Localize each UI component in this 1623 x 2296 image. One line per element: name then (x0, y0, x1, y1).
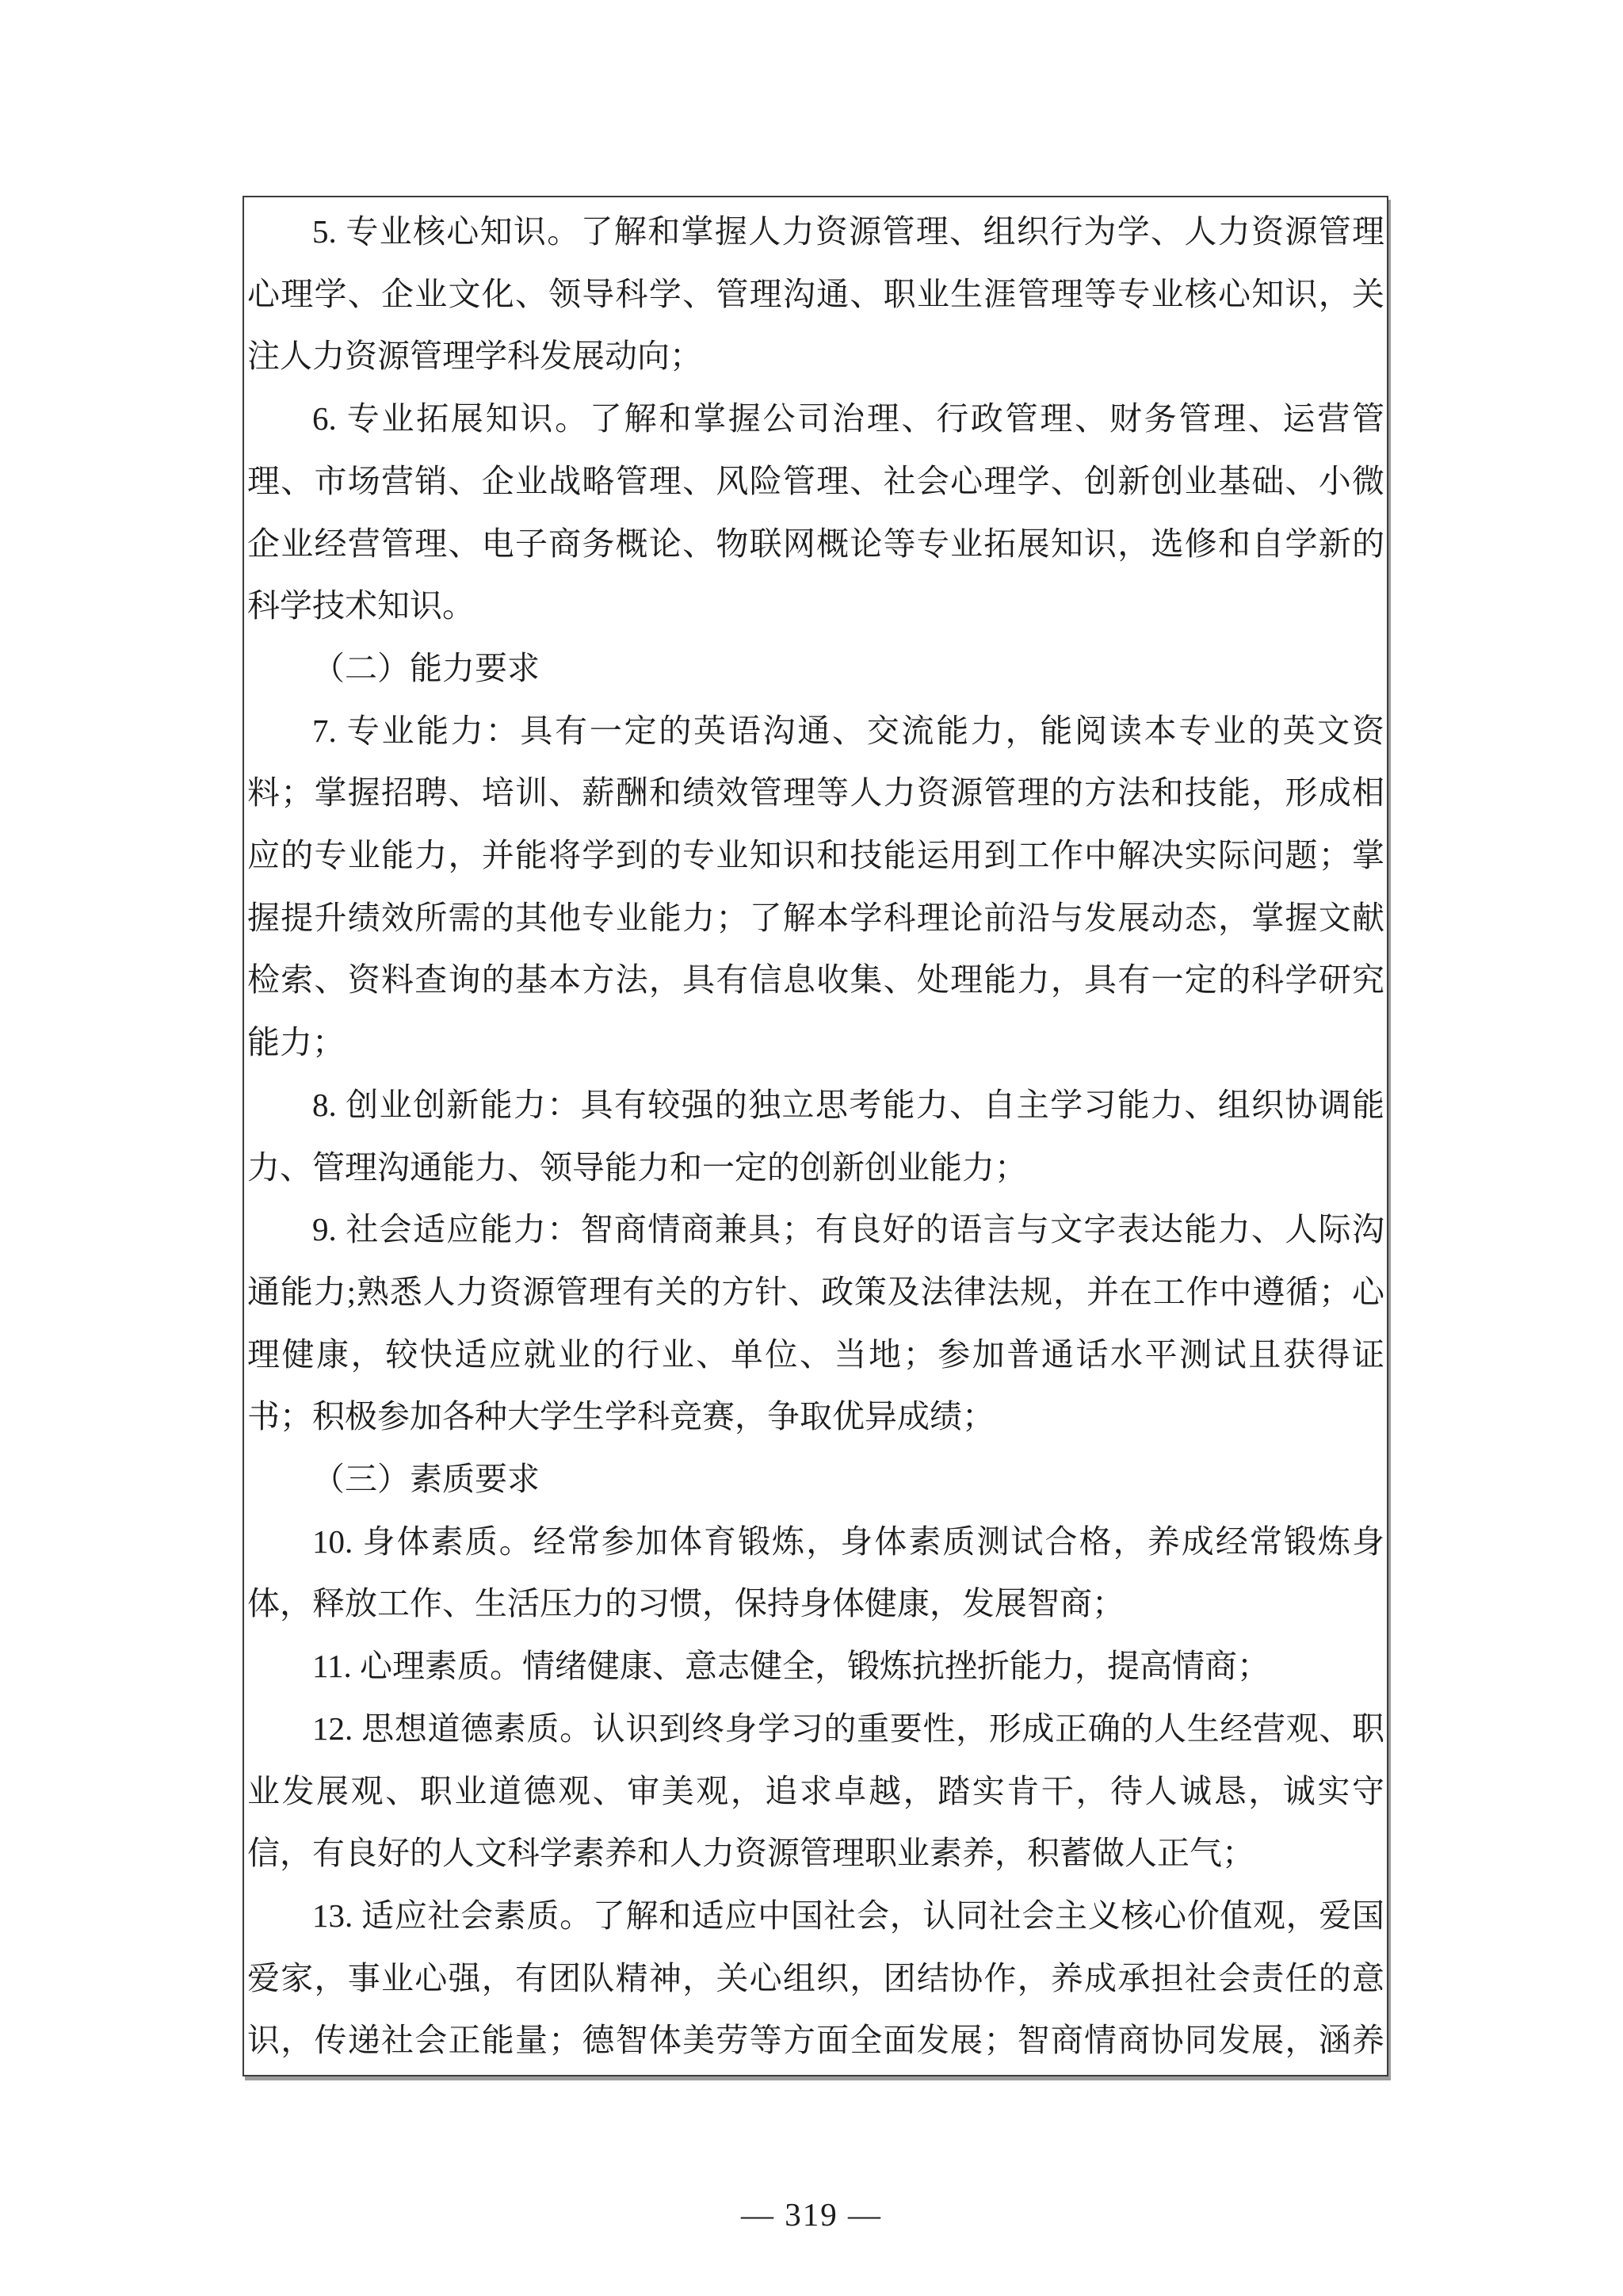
text-line: 握提升绩效所需的其他专业能力；了解本学科理论前沿与发展动态，掌握文献 (247, 887, 1384, 949)
text-line: 检索、资料查询的基本方法，具有信息收集、处理能力，具有一定的科学研究 (247, 949, 1384, 1011)
text-line: （二）能力要求 (247, 637, 1384, 700)
text-line: 体，释放工作、生活压力的习惯，保持身体健康，发展智商； (247, 1572, 1384, 1635)
text-line: （三）素质要求 (247, 1448, 1384, 1511)
text-line: 10. 身体素质。经常参加体育锻炼，身体素质测试合格，养成经常锻炼身 (247, 1511, 1384, 1573)
text-line: 7. 专业能力：具有一定的英语沟通、交流能力，能阅读本专业的英文资 (247, 700, 1384, 762)
text-line: 心理学、企业文化、领导科学、管理沟通、职业生涯管理等专业核心知识，关 (247, 263, 1384, 326)
text-line: 理健康，较快适应就业的行业、单位、当地；参加普通话水平测试且获得证 (247, 1324, 1384, 1386)
text-line: 通能力;熟悉人力资源管理有关的方针、政策及法律法规，并在工作中遵循；心 (247, 1261, 1384, 1324)
text-line: 11. 心理素质。情绪健康、意志健全，锻炼抗挫折能力，提高情商； (247, 1635, 1384, 1698)
text-line: 8. 创业创新能力：具有较强的独立思考能力、自主学习能力、组织协调能 (247, 1074, 1384, 1137)
text-line: 业发展观、职业道德观、审美观，追求卓越，踏实肯干，待人诚恳，诚实守 (247, 1760, 1384, 1823)
text-line: 能力； (247, 1011, 1384, 1074)
document-text-box: 5. 专业核心知识。了解和掌握人力资源管理、组织行为学、人力资源管理心理学、企业… (242, 196, 1388, 2076)
text-line: 应的专业能力，并能将学到的专业知识和技能运用到工作中解决实际问题；掌 (247, 824, 1384, 887)
text-line: 5. 专业核心知识。了解和掌握人力资源管理、组织行为学、人力资源管理 (247, 201, 1384, 263)
text-line: 13. 适应社会素质。了解和适应中国社会，认同社会主义核心价值观，爱国 (247, 1885, 1384, 1947)
text-line: 爱家，事业心强，有团队精神，关心组织，团结协作，养成承担社会责任的意 (247, 1947, 1384, 2010)
text-line: 力、管理沟通能力、领导能力和一定的创新创业能力； (247, 1137, 1384, 1199)
text-line: 9. 社会适应能力：智商情商兼具；有良好的语言与文字表达能力、人际沟 (247, 1198, 1384, 1261)
text-line: 科学技术知识。 (247, 575, 1384, 637)
text-line: 料；掌握招聘、培训、薪酬和绩效管理等人力资源管理的方法和技能，形成相 (247, 762, 1384, 824)
text-line: 注人力资源管理学科发展动向； (247, 325, 1384, 388)
text-line: 12. 思想道德素质。认识到终身学习的重要性，形成正确的人生经营观、职 (247, 1698, 1384, 1760)
text-line: 识，传递社会正能量；德智体美劳等方面全面发展；智商情商协同发展，涵养 (247, 2009, 1384, 2072)
text-line: 企业经营管理、电子商务概论、物联网概论等专业拓展知识，选修和自学新的 (247, 513, 1384, 575)
page-number: — 319 — (0, 2195, 1623, 2233)
text-line: 信，有良好的人文科学素养和人力资源管理职业素养，积蓄做人正气； (247, 1822, 1384, 1885)
text-line: 6. 专业拓展知识。了解和掌握公司治理、行政管理、财务管理、运营管 (247, 388, 1384, 450)
text-line: 书；积极参加各种大学生学科竞赛，争取优异成绩； (247, 1385, 1384, 1448)
text-line: 理、市场营销、企业战略管理、风险管理、社会心理学、创新创业基础、小微 (247, 450, 1384, 513)
